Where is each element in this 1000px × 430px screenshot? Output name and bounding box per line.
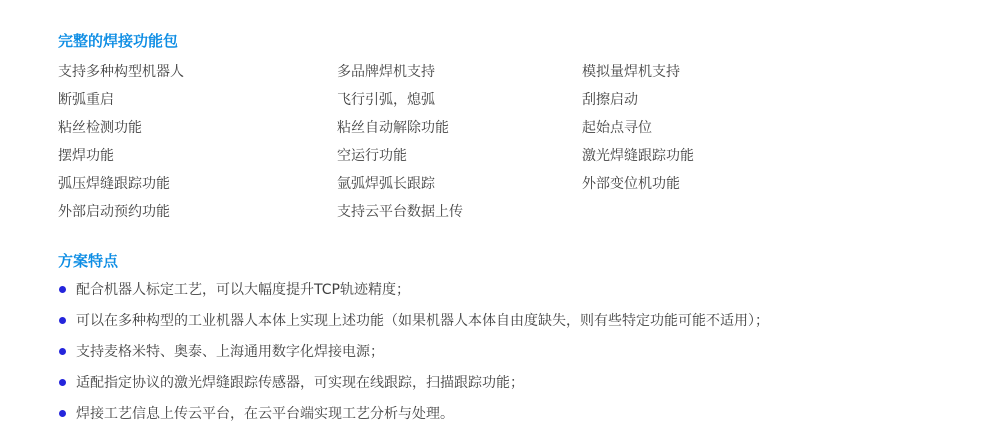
features-section-title: 完整的焊接功能包 (58, 33, 980, 49)
feature-item: 断弧重启 (58, 92, 337, 108)
feature-item: 刮擦启动 (582, 92, 980, 108)
bullet-item: 支持麦格米特、奥泰、上海通用数字化焊接电源； (58, 344, 980, 360)
bullet-text: 适配指定协议的激光焊缝跟踪传感器，可实现在线跟踪，扫描跟踪功能； (76, 375, 524, 391)
features-section: 完整的焊接功能包 支持多种构型机器人 多品牌焊机支持 模拟量焊机支持 断弧重启 … (58, 33, 980, 226)
bullet-dot-icon (59, 410, 66, 417)
bullet-item: 焊接工艺信息上传云平台，在云平台端实现工艺分析与处理。 (58, 406, 980, 422)
feature-item: 支持多种构型机器人 (58, 64, 337, 80)
bullet-dot-icon (59, 348, 66, 355)
feature-item: 粘丝自动解除功能 (337, 120, 582, 136)
feature-item: 氩弧焊弧长跟踪 (337, 176, 582, 192)
feature-item: 摆焊功能 (58, 148, 337, 164)
feature-item: 弧压焊缝跟踪功能 (58, 176, 337, 192)
bullet-dot-icon (59, 317, 66, 324)
content-page: 完整的焊接功能包 支持多种构型机器人 多品牌焊机支持 模拟量焊机支持 断弧重启 … (0, 0, 1000, 422)
bullet-text: 配合机器人标定工艺，可以大幅度提升TCP轨迹精度； (76, 282, 410, 298)
feature-item: 支持云平台数据上传 (337, 204, 582, 220)
bullet-item: 配合机器人标定工艺，可以大幅度提升TCP轨迹精度； (58, 282, 980, 298)
highlights-section: 方案特点 配合机器人标定工艺，可以大幅度提升TCP轨迹精度； 可以在多种构型的工… (58, 253, 980, 422)
bullet-text: 焊接工艺信息上传云平台，在云平台端实现工艺分析与处理。 (76, 406, 454, 422)
bullet-item: 适配指定协议的激光焊缝跟踪传感器，可实现在线跟踪，扫描跟踪功能； (58, 375, 980, 391)
features-grid: 支持多种构型机器人 多品牌焊机支持 模拟量焊机支持 断弧重启 飞行引弧，熄弧 刮… (58, 58, 980, 226)
highlights-bullet-list: 配合机器人标定工艺，可以大幅度提升TCP轨迹精度； 可以在多种构型的工业机器人本… (58, 282, 980, 422)
feature-item: 外部变位机功能 (582, 176, 980, 192)
feature-item: 多品牌焊机支持 (337, 64, 582, 80)
bullet-dot-icon (59, 286, 66, 293)
feature-item: 模拟量焊机支持 (582, 64, 980, 80)
feature-item: 外部启动预约功能 (58, 204, 337, 220)
feature-item: 飞行引弧，熄弧 (337, 92, 582, 108)
bullet-text: 可以在多种构型的工业机器人本体上实现上述功能（如果机器人本体自由度缺失，则有些特… (76, 313, 769, 329)
bullet-dot-icon (59, 379, 66, 386)
highlights-section-title: 方案特点 (58, 253, 980, 269)
bullet-text: 支持麦格米特、奥泰、上海通用数字化焊接电源； (76, 344, 384, 360)
bullet-item: 可以在多种构型的工业机器人本体上实现上述功能（如果机器人本体自由度缺失，则有些特… (58, 313, 980, 329)
feature-item: 激光焊缝跟踪功能 (582, 148, 980, 164)
feature-item: 起始点寻位 (582, 120, 980, 136)
feature-item: 空运行功能 (337, 148, 582, 164)
feature-item: 粘丝检测功能 (58, 120, 337, 136)
